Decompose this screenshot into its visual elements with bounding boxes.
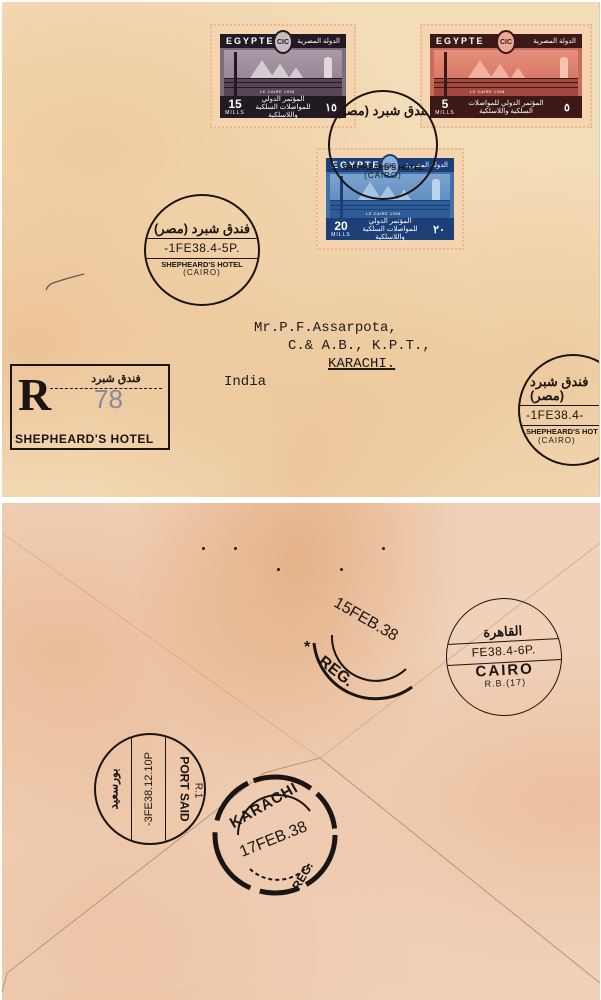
stamp-15-mills: EGYPTE الدولة المصرية CIC LE CAIRE 1938 … [210,24,356,128]
postmark-office: R.1 [192,783,203,799]
crown-crest-icon: CIC [273,30,293,54]
stamp-country: EGYPTE [226,36,275,46]
address-country: India [224,374,266,391]
registration-number: 78 [94,384,123,415]
stamp-caption: LE CAIRE 1938 [366,211,401,216]
postmark-port-said: بورسعيد -3FE38.12.10P PORT SAID [94,733,206,845]
stamp-inscription: المؤتمر الدولي للمواصلات السلكية واللاسل… [356,217,424,241]
pen-mark [44,272,86,292]
stamp-value: 15 [228,98,241,110]
stamp-country-arabic: الدولة المصرية [297,37,340,45]
envelope-back: 15FEB.38 REG. * القاهرة FE38.4-6P. CAIRO… [2,503,600,1000]
stamp-value: 5 [442,98,449,110]
envelope-flaps [2,503,600,1000]
registration-sender: SHEPHEARD'S HOTEL [15,432,154,446]
stamp-value-arabic: ٥ [552,101,582,114]
stamp-unit: MILLS [225,110,244,116]
stamp-value: 20 [334,220,347,232]
stamp-unit: MILLS [435,110,454,116]
envelope-front: EGYPTE الدولة المصرية CIC LE CAIRE 1938 … [2,2,600,497]
crown-crest-icon: CIC [496,30,516,54]
address-line-2: C.& A.B., K.P.T., [288,338,431,355]
registration-letter: R [18,372,51,418]
postmark-shepheards-hotel: فندق شبرد (مصر) -1FE38.4-5P. SHEPHEARD'S… [144,194,260,306]
registration-label: R فندق شبرد 78 SHEPHEARD'S HOTEL [10,364,170,450]
postmark-karachi: KARACHI 17FEB.38 REG. [210,771,340,901]
postmark-tie-shepheards: فندق شبرد (مصر) SHEPHEARD'S HOTEL (CAIRO… [328,90,438,200]
stamp-caption: LE CAIRE 1938 [470,89,505,94]
address-line-3: KARACHI. [328,356,395,373]
address-line-1: Mr.P.F.Assarpota, [254,320,397,337]
postmark-shepheards-right: فندق شبرد (مصر) -1FE38.4- SHEPHEARD'S HO… [518,354,600,466]
stamp-caption: LE CAIRE 1938 [260,89,295,94]
stamp-inscription: المؤتمر الدولي للمواصلات السلكية واللاسل… [460,99,552,115]
stamp-unit: MILLS [331,232,350,238]
stamp-country-arabic: الدولة المصرية [533,37,576,45]
stamp-value-arabic: ٢٠ [424,223,454,236]
stamp-inscription: المؤتمر الدولي للمواصلات السلكية واللاسل… [250,95,316,119]
star-icon: * [304,639,310,657]
stamp-country: EGYPTE [436,36,485,46]
stamp-5-mills: EGYPTE الدولة المصرية CIC LE CAIRE 1938 … [420,24,592,128]
stamp-scene [434,50,578,96]
postmark-reg-15feb38: 15FEB.38 REG. * [302,563,432,703]
